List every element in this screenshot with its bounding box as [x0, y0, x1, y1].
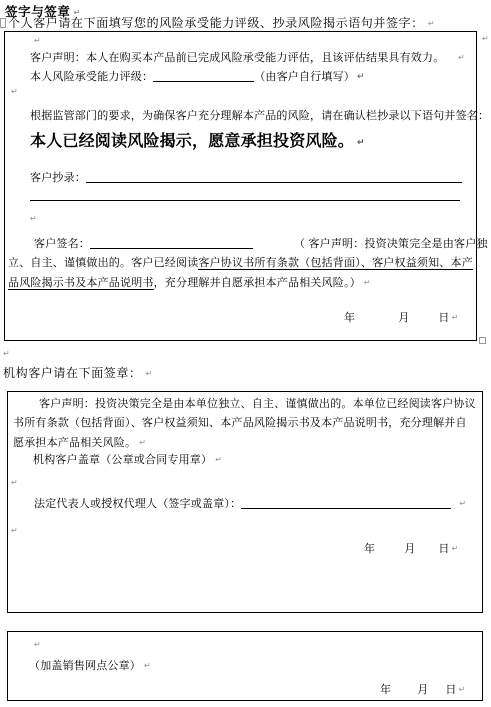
signature-note-line2-pre: 立、自主、谨慎做出的。客户已经阅读 [8, 257, 198, 269]
client-copy-row: 客户抄录： [30, 171, 462, 186]
paragraph-mark-icon: ↵ [482, 34, 489, 43]
client-copy-input-line-2[interactable] [30, 189, 460, 201]
outlet-date-row: 年月日↵ [380, 681, 465, 697]
institution-declaration-line2-text: 书所有条款（包括背面）、客户权益须知、本产品风险揭示书及本产品说明书，充分理解并… [13, 417, 467, 429]
date-year-label: 年 [380, 684, 391, 696]
signature-note-line2: 立、自主、谨慎做出的。客户已经阅读客户协议书所有条款（包括背面）、客户权益须知、… [8, 254, 488, 273]
representative-signature-row: 法定代表人或授权代理人（签字或盖章）：↵ [34, 496, 466, 512]
date-year-label: 年 [344, 312, 355, 324]
institution-intro: 机构客户请在下面签章：↵ [3, 366, 152, 381]
risk-statement: 本人已经阅读风险揭示，愿意承担投资风险。↵ [30, 132, 365, 152]
paragraph-mark-icon: ↵ [34, 640, 41, 649]
risk-rating-input-line[interactable] [153, 70, 254, 82]
signature-note-line3-post: ，充分理解并自愿承担本产品相关风险。） [154, 277, 361, 289]
individual-intro: 个人客户请在下面填写您的风险承受能力评级、抄录风险揭示语句并签字：↵ [8, 16, 435, 31]
paragraph-mark-icon: ↵ [458, 53, 465, 62]
paragraph-mark-icon: ↵ [428, 19, 435, 28]
date-day-label: 日 [438, 312, 449, 324]
paragraph-mark-icon: ↵ [139, 438, 146, 447]
institution-seal-row: 机构客户盖章（公章或合同专用章）↵ [33, 452, 222, 468]
individual-date-row: 年月日↵ [344, 309, 458, 325]
client-copy-label: 客户抄录： [30, 172, 86, 184]
paragraph-mark-icon: ↵ [11, 526, 18, 535]
client-declaration-text: 客户声明：本人在购买本产品前已完成风险承受能力评估，且该评估结果具有效力。 [30, 52, 444, 64]
institution-declaration-line2: 书所有条款（包括背面）、客户权益须知、本产品风险揭示书及本产品说明书，充分理解并… [13, 414, 476, 433]
risk-statement-text: 本人已经阅读风险揭示，愿意承担投资风险。 [30, 133, 354, 150]
client-signature-label: 客户签名： [34, 238, 90, 250]
individual-signature-box: ↵ 客户声明：本人在购买本产品前已完成风险承受能力评估，且该评估结果具有效力。 … [4, 31, 477, 341]
institution-declaration-line3: 愿承担本产品相关风险。↵ [13, 433, 476, 453]
anchor-handle-icon [479, 337, 486, 344]
client-copy-input-line-1[interactable] [86, 171, 462, 183]
signature-note-line1: （ 客户声明：投资决策完全是由客户独 [294, 238, 488, 250]
paragraph-mark-icon: ↵ [459, 685, 466, 694]
institution-declaration-line1: 客户声明：投资决策完全是由本单位独立、自主、谨慎做出的。本单位已经阅读客户协议 [39, 395, 476, 414]
paragraph-mark-icon: ↵ [11, 478, 18, 487]
paragraph-mark-icon: ↵ [34, 36, 41, 45]
paragraph-mark-icon: ↵ [11, 87, 18, 96]
outlet-seal-note: （加盖销售网点公章） [29, 660, 141, 672]
institution-declaration-line1-text: 客户声明：投资决策完全是由本单位独立、自主、谨慎做出的。本单位已经阅读客户协议 [39, 398, 476, 410]
outlet-seal-box: ↵ （加盖销售网点公章）↵ 年月日↵ [7, 631, 483, 701]
paragraph-mark-icon: ↵ [215, 455, 222, 464]
institution-signature-box: 客户声明：投资决策完全是由本单位独立、自主、谨慎做出的。本单位已经阅读客户协议 … [7, 391, 483, 613]
paragraph-mark-icon: ↵ [30, 214, 37, 223]
signature-note-line2-underlined: 客户协议书所有条款（包括背面）、客户权益须知、本产 [198, 257, 473, 270]
client-signature-input-line[interactable] [90, 237, 253, 249]
date-day-label: 日 [438, 543, 449, 555]
outlet-seal-row: （加盖销售网点公章）↵ [29, 658, 151, 674]
risk-rating-row: 本人风险承受能力评级：（由客户自行填写）↵ [30, 69, 365, 85]
signature-note-line3-underlined: 品风险揭示书及本产品说明书 [8, 277, 154, 290]
representative-label: 法定代表人或授权代理人（签字或盖章）： [34, 498, 241, 510]
copy-instruction: 根据监管部门的要求，为确保客户充分理解本产品的风险，请在确认栏抄录以下语句并签名… [30, 108, 491, 124]
date-month-label: 月 [417, 684, 428, 696]
date-month-label: 月 [404, 543, 415, 555]
representative-input-line[interactable] [241, 497, 451, 509]
risk-rating-note: （由客户自行填写） [254, 71, 355, 83]
paragraph-mark-icon: ↵ [452, 313, 459, 322]
risk-rating-label: 本人风险承受能力评级： [30, 71, 153, 83]
institution-declaration-line3-text: 愿承担本产品相关风险。 [13, 437, 136, 449]
institution-seal-label: 机构客户盖章（公章或合同专用章） [33, 454, 212, 466]
paragraph-mark-icon: ↵ [3, 349, 10, 358]
institution-intro-text: 机构客户请在下面签章： [3, 366, 142, 380]
individual-intro-text: 个人客户请在下面填写您的风险承受能力评级、抄录风险揭示语句并签字： [8, 16, 424, 30]
institution-date-row: 年月日↵ [364, 540, 458, 556]
margin-anchor-icon [0, 18, 6, 28]
institution-declaration: 客户声明：投资决策完全是由本单位独立、自主、谨慎做出的。本单位已经阅读客户协议 … [13, 395, 476, 453]
copy-instruction-text: 根据监管部门的要求，为确保客户充分理解本产品的风险，请在确认栏抄录以下语句并签名… [30, 110, 489, 122]
client-signature-row: 客户签名：（ 客户声明：投资决策完全是由客户独 [34, 235, 488, 254]
paragraph-mark-icon: ↵ [459, 499, 466, 508]
line-break-mark-icon: ↵ [357, 71, 365, 81]
date-year-label: 年 [364, 543, 375, 555]
date-day-label: 日 [445, 684, 456, 696]
paragraph-mark-icon: ↵ [452, 544, 459, 553]
paragraph-mark-icon: ↵ [144, 661, 151, 670]
line-break-mark-icon: ↵ [357, 137, 365, 147]
date-month-label: 月 [398, 312, 409, 324]
client-declaration: 客户声明：本人在购买本产品前已完成风险承受能力评估，且该评估结果具有效力。 [30, 51, 444, 66]
document-page: 签字与签章↵ 个人客户请在下面填写您的风险承受能力评级、抄录风险揭示语句并签字：… [0, 0, 491, 707]
paragraph-mark-icon: ↵ [364, 278, 371, 287]
client-signature-paragraph: 客户签名：（ 客户声明：投资决策完全是由客户独 立、自主、谨慎做出的。客户已经阅… [8, 235, 488, 293]
paragraph-mark-icon: ↵ [146, 369, 153, 378]
signature-note-line3: 品风险揭示书及本产品说明书，充分理解并自愿承担本产品相关风险。）↵ [8, 273, 488, 293]
